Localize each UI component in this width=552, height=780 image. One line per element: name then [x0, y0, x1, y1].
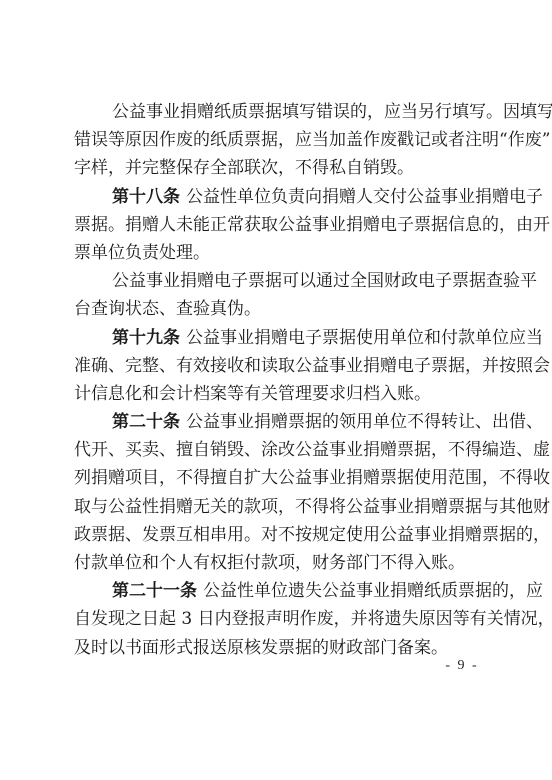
- text-line: 自发现之日起 3 日内登报声明作废，并将遗失原因等有关情况，: [74, 605, 482, 633]
- text-line: 准确、完整、有效接收和读取公益事业捐赠电子票据，并按照会: [74, 352, 482, 380]
- article-19-line: 第十九条公益事业捐赠电子票据使用单位和付款单位应当: [74, 324, 482, 352]
- paragraph-text: 列捐赠项目，不得擅自扩大公益事业捐赠票据使用范围，不得收: [74, 468, 550, 488]
- text-line: 票据。捐赠人未能正常获取公益事业捐赠电子票据信息的，由开: [74, 211, 482, 239]
- article-21-line: 第二十一条公益性单位遗失公益事业捐赠纸质票据的，应: [74, 577, 482, 605]
- document-page: 公益事业捐赠纸质票据填写错误的，应当另行填写。因填写 错误等原因作废的纸质票据，…: [0, 0, 552, 780]
- text-line: 错误等原因作废的纸质票据，应当加盖作废戳记或者注明“作废”: [74, 126, 482, 154]
- paragraph-text: 准确、完整、有效接收和读取公益事业捐赠电子票据，并按照会: [74, 356, 550, 376]
- paragraph-text: 公益事业捐赠电子票据可以通过全国财政电子票据查验平: [112, 271, 537, 291]
- paragraph-text: 公益事业捐赠纸质票据填写错误的，应当另行填写。因填写: [112, 102, 552, 122]
- text-line: 计信息化和会计档案等有关管理要求归档入账。: [74, 380, 482, 408]
- text-line: 公益事业捐赠电子票据可以通过全国财政电子票据查验平: [74, 267, 482, 295]
- article-heading: 第十八条: [112, 187, 180, 207]
- text-line: 付款单位和个人有权拒付款项，财务部门不得入账。: [74, 549, 482, 577]
- page-number: - 9 -: [440, 656, 484, 676]
- paragraph-text: 台查询状态、查验真伪。: [74, 299, 261, 319]
- text-line: 及时以书面形式报送原核发票据的财政部门备案。: [74, 634, 482, 662]
- document-body: 公益事业捐赠纸质票据填写错误的，应当另行填写。因填写 错误等原因作废的纸质票据，…: [74, 98, 482, 662]
- article-heading: 第二十一条: [112, 581, 197, 601]
- paragraph-text: 字样，并完整保存全部联次，不得私自销毁。: [74, 158, 414, 178]
- paragraph-text: 政票据、发票互相串用。对不按规定使用公益事业捐赠票据的，: [74, 525, 550, 545]
- paragraph-text: 公益事业捐赠电子票据使用单位和付款单位应当: [186, 328, 543, 348]
- paragraph-text: 取与公益性捐赠无关的款项，不得将公益事业捐赠票据与其他财: [74, 497, 550, 517]
- article-20-line: 第二十条公益事业捐赠票据的领用单位不得转让、出借、: [74, 408, 482, 436]
- paragraph-text: 票据。捐赠人未能正常获取公益事业捐赠电子票据信息的，由开: [74, 215, 550, 235]
- paragraph-text: 计信息化和会计档案等有关管理要求归档入账。: [74, 384, 431, 404]
- text-line: 台查询状态、查验真伪。: [74, 295, 482, 323]
- text-line: 票单位负责处理。: [74, 239, 482, 267]
- paragraph-text: 代开、买卖、擅自销毁、涂改公益事业捐赠票据，不得编造、虚: [74, 440, 550, 460]
- article-18-line: 第十八条公益性单位负责向捐赠人交付公益事业捐赠电子: [74, 183, 482, 211]
- paragraph-text: 及时以书面形式报送原核发票据的财政部门备案。: [74, 638, 448, 658]
- paragraph-text: 自发现之日起 3 日内登报声明作废，并将遗失原因等有关情况，: [74, 609, 552, 629]
- paragraph-text: 公益性单位遗失公益事业捐赠纸质票据的，应: [203, 581, 543, 601]
- text-line: 取与公益性捐赠无关的款项，不得将公益事业捐赠票据与其他财: [74, 493, 482, 521]
- text-line: 代开、买卖、擅自销毁、涂改公益事业捐赠票据，不得编造、虚: [74, 436, 482, 464]
- paragraph-text: 票单位负责处理。: [74, 243, 210, 263]
- text-line: 公益事业捐赠纸质票据填写错误的，应当另行填写。因填写: [74, 98, 482, 126]
- paragraph-text: 公益事业捐赠票据的领用单位不得转让、出借、: [186, 412, 543, 432]
- text-line: 政票据、发票互相串用。对不按规定使用公益事业捐赠票据的，: [74, 521, 482, 549]
- paragraph-text: 错误等原因作废的纸质票据，应当加盖作废戳记或者注明“作废”: [74, 130, 550, 150]
- text-line: 字样，并完整保存全部联次，不得私自销毁。: [74, 154, 482, 182]
- paragraph-text: 公益性单位负责向捐赠人交付公益事业捐赠电子: [186, 187, 543, 207]
- article-heading: 第二十条: [112, 412, 180, 432]
- text-line: 列捐赠项目，不得擅自扩大公益事业捐赠票据使用范围，不得收: [74, 464, 482, 492]
- paragraph-text: 付款单位和个人有权拒付款项，财务部门不得入账。: [74, 553, 465, 573]
- article-heading: 第十九条: [112, 328, 180, 348]
